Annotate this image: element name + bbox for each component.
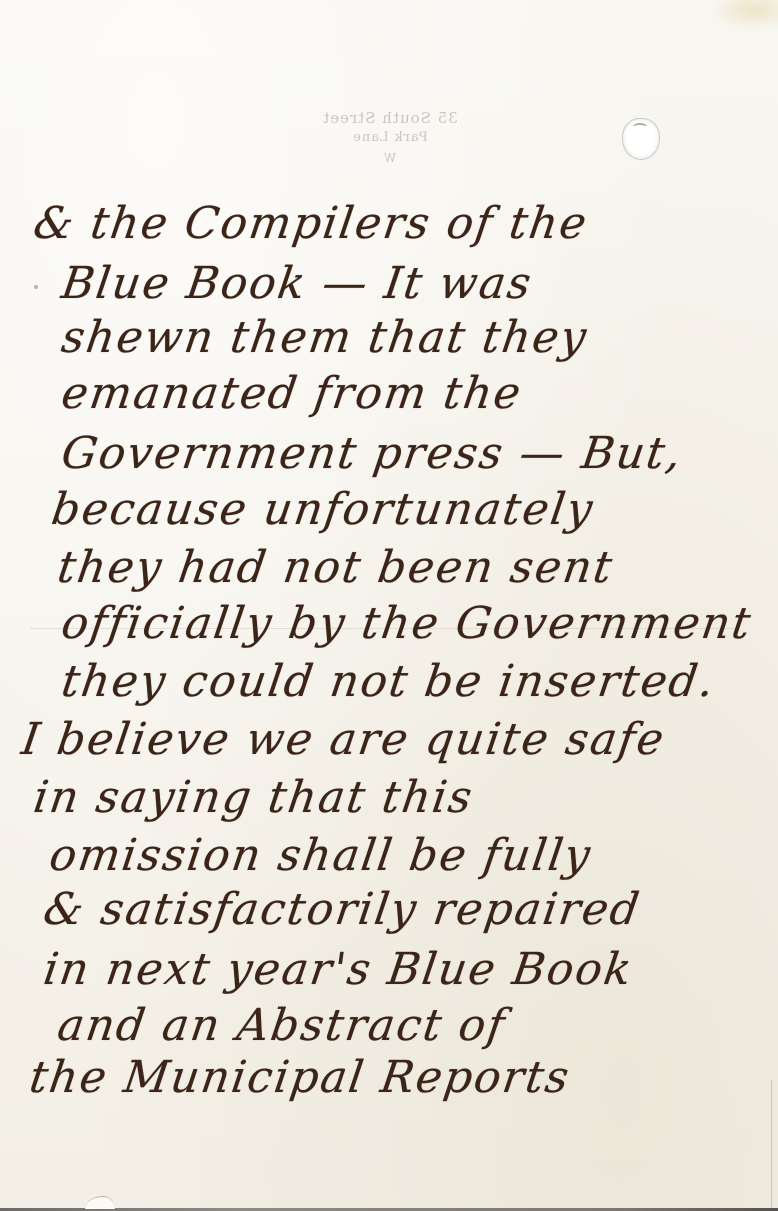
ink-speck (34, 285, 38, 289)
handwritten-line: Blue Book — It was (58, 258, 535, 309)
handwritten-line: because unfortunately (48, 484, 597, 535)
handwritten-line: they could not be inserted. (58, 656, 718, 707)
handwritten-line: emanated from the (58, 368, 525, 419)
handwritten-line: shewn them that they (58, 312, 591, 363)
handwritten-line: I believe we are quite safe (18, 714, 668, 765)
paper-edge (771, 1080, 772, 1211)
letterhead-line: 35 South Street (285, 108, 495, 128)
letterhead-show-through: 35 South Street Park Lane W (285, 108, 495, 168)
handwritten-line: & satisfactorily repaired (40, 884, 644, 935)
paper-hole (622, 118, 660, 160)
handwritten-line: and an Abstract of (54, 1000, 509, 1051)
letterhead-line: Park Lane (285, 128, 495, 148)
handwritten-line: in saying that this (30, 772, 476, 823)
paper-tear (85, 1196, 115, 1209)
handwritten-line: they had not been sent (54, 542, 616, 593)
handwritten-line: officially by the Government (58, 598, 755, 649)
handwritten-line: the Municipal Reports (26, 1052, 573, 1103)
letterhead-line: W (285, 148, 495, 168)
letter-page: 35 South Street Park Lane W & the Compil… (0, 0, 778, 1211)
handwritten-line: in next year's Blue Book (40, 944, 636, 995)
handwritten-line: & the Compilers of the (30, 198, 591, 249)
paper-stain (710, 0, 778, 30)
handwritten-line: Government press — But, (58, 428, 686, 479)
handwritten-line: omission shall be fully (46, 830, 595, 881)
